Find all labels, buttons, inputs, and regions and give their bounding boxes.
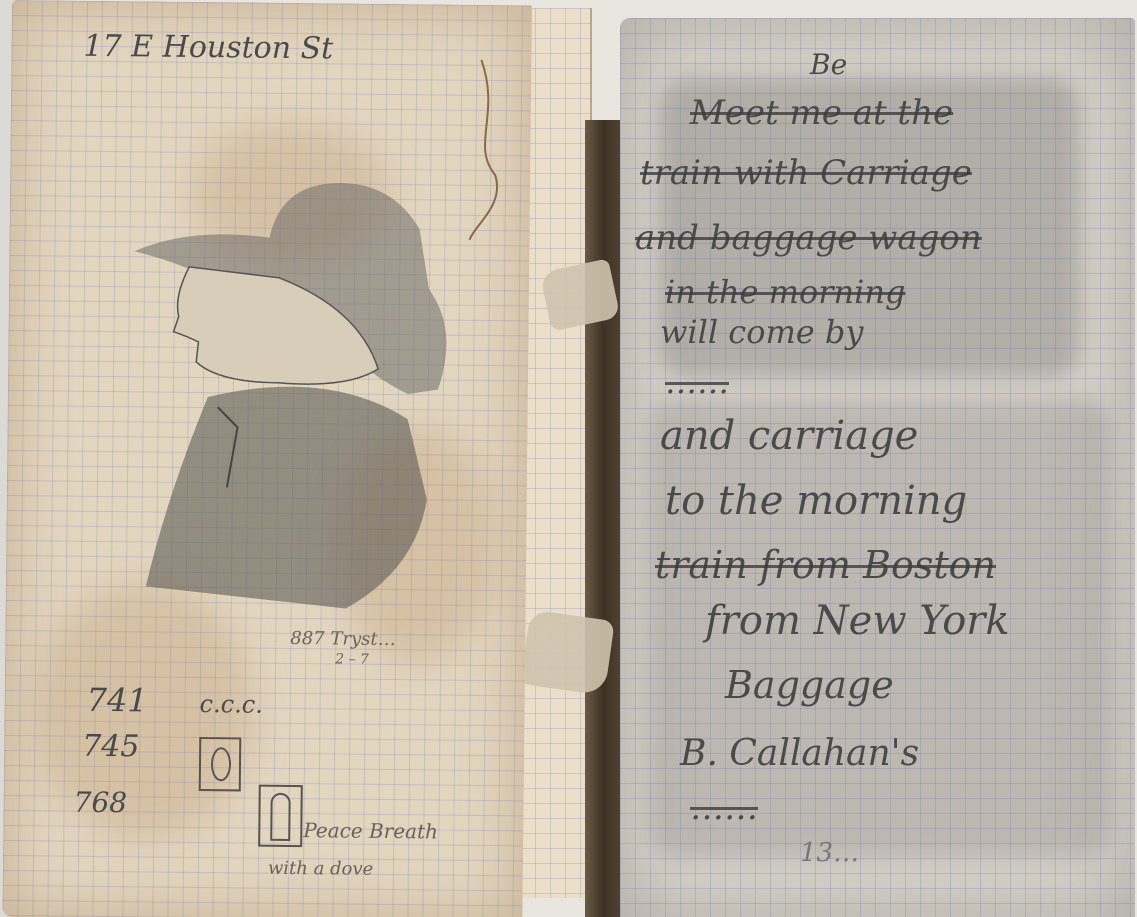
line-8: and carriage bbox=[660, 413, 918, 459]
number-745: 745 bbox=[82, 729, 140, 765]
line-14: …… bbox=[690, 788, 758, 828]
note-with-a-dove: with a dove bbox=[268, 858, 374, 880]
line-13: B. Callahan's bbox=[680, 733, 919, 774]
line-5: in the morning bbox=[665, 273, 905, 311]
line-2: Meet me at the bbox=[690, 93, 953, 133]
address-note: 17 E Houston St bbox=[83, 29, 333, 67]
note-peace-breath: Peace Breath bbox=[303, 818, 438, 843]
line-6: will come by bbox=[660, 313, 863, 351]
right-notebook-page: Be Meet me at the train with Carriage an… bbox=[620, 18, 1135, 917]
note-tryst: 887 Tryst… bbox=[290, 628, 396, 650]
line-15: 13… bbox=[800, 838, 859, 868]
line-4: and baggage wagon bbox=[635, 218, 982, 258]
frame-sketch-figure bbox=[258, 785, 303, 847]
line-1: Be bbox=[810, 48, 847, 81]
middle-page-stack bbox=[520, 8, 592, 898]
number-741: 741 bbox=[86, 681, 147, 720]
line-11: from New York bbox=[705, 598, 1010, 644]
line-9: to the morning bbox=[665, 478, 967, 524]
left-notebook-page: 17 E Houston St 887 Tryst… 2 – 7 741 c.c… bbox=[2, 0, 532, 917]
line-3: train with Carriage bbox=[640, 153, 972, 193]
portrait-sketch bbox=[126, 166, 471, 620]
binding-tie-bottom bbox=[520, 609, 615, 695]
line-10: train from Boston bbox=[655, 543, 996, 587]
frame-sketch-oval bbox=[199, 737, 242, 791]
line-7: …… bbox=[665, 363, 729, 401]
note-tryst-sub: 2 – 7 bbox=[335, 651, 369, 667]
line-12: Baggage bbox=[725, 663, 894, 707]
note-ccc: c.c.c. bbox=[199, 690, 263, 719]
number-768: 768 bbox=[73, 786, 127, 820]
